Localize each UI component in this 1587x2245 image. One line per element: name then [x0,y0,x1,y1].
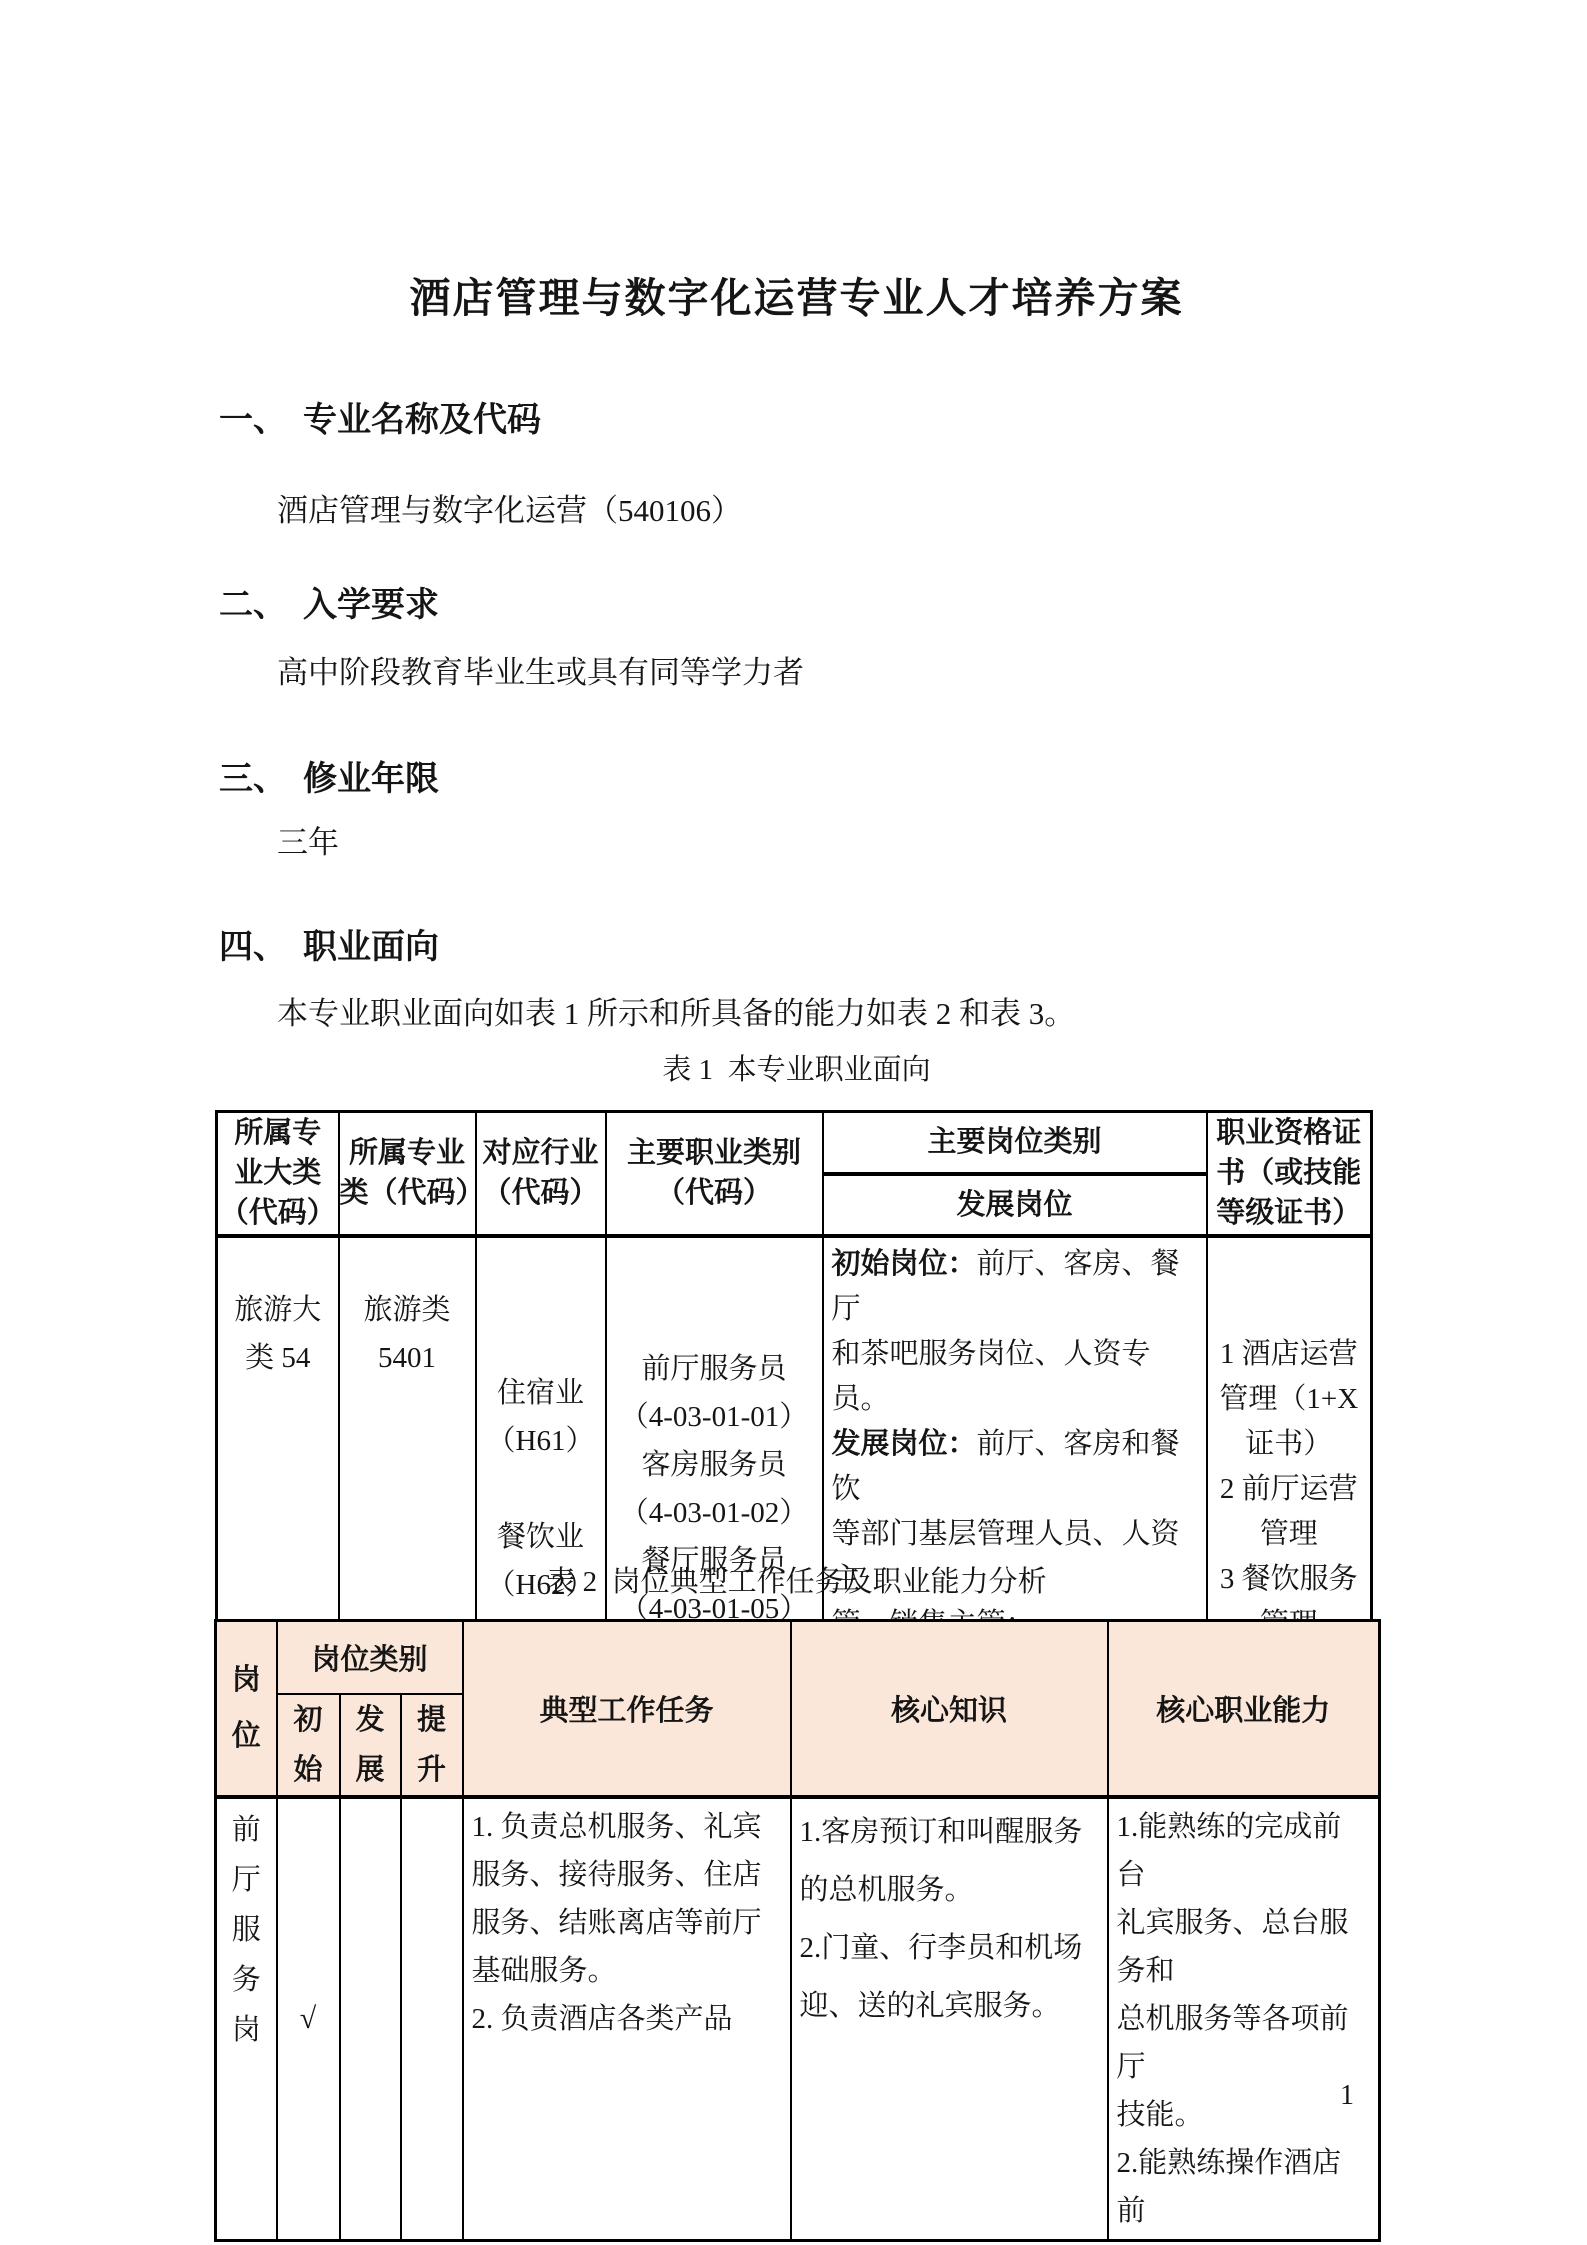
table2-cell-post: 前 厅 服 务 岗 [216,1797,277,2241]
table2-header-tasks: 典型工作任务 [463,1621,791,1797]
document-page: 酒店管理与数字化运营专业人才培养方案 一、专业名称及代码 酒店管理与数字化运营（… [0,0,1587,2245]
table2-cell-promote-mark [401,1797,463,2241]
page-number: 1 [1340,2080,1354,2112]
table1-header-certificate: 职业资格证 书（或技能 等级证书） [1207,1112,1372,1236]
section-body-1: 酒店管理与数字化运营（540106） [277,490,742,532]
section-heading-2: 二、入学要求 [219,583,439,627]
table2-cell-initial-mark: √ [277,1797,340,2241]
table1-header-post-develop: 发展岗位 [823,1174,1207,1236]
table1-header-major-type: 所属专业 类（代码） [339,1112,476,1236]
table1-caption: 表 1 本专业职业面向 [215,1052,1378,1088]
table2-header-post: 岗 位 [216,1621,277,1797]
table2-header-develop: 发 展 [340,1694,401,1797]
section-heading-4: 四、职业面向 [219,925,439,969]
table1-header-post-class: 主要岗位类别 [823,1112,1207,1174]
table2-cell-tasks: 1. 负责总机服务、礼宾 服务、接待服务、住店 服务、结账离店等前厅 基础服务。… [463,1797,791,2241]
document-title: 酒店管理与数字化运营专业人才培养方案 [215,272,1378,324]
table2-caption: 表 2 岗位典型工作任务及职业能力分析 [215,1564,1378,1600]
section-number: 四、 [219,928,287,966]
table2-cell-develop-mark [340,1797,401,2241]
table1-header-occupation: 主要职业类别 （代码） [606,1112,823,1236]
table2-row: 前 厅 服 务 岗 √ 1. 负责总机服务、礼宾 服务、接待服务、住店 服务、结… [216,1797,1380,2241]
table2-header-promote: 提 升 [401,1694,463,1797]
section-heading-text: 专业名称及代码 [303,401,541,439]
table1-header-industry: 对应行业 （代码） [476,1112,606,1236]
section-number: 一、 [219,401,287,439]
table2-header-post-category: 岗位类别 [277,1621,463,1694]
table2-cell-ability: 1.能熟练的完成前台 礼宾服务、总台服务和 总机服务等各项前厅 技能。 2.能熟… [1108,1797,1380,2241]
section-heading-1: 一、专业名称及代码 [219,398,541,442]
table-post-task-analysis: 岗 位 岗位类别 典型工作任务 核心知识 核心职业能力 初 始 发 展 提 升 … [214,1619,1381,2242]
table2-header-ability: 核心职业能力 [1108,1621,1380,1797]
section-heading-text: 修业年限 [303,760,439,798]
section-body-4: 本专业职业面向如表 1 所示和所具备的能力如表 2 和表 3。 [277,993,1075,1035]
section-heading-text: 入学要求 [303,586,439,624]
section-heading-text: 职业面向 [303,928,439,966]
table2-header-initial: 初 始 [277,1694,340,1797]
table2-header-knowledge: 核心知识 [791,1621,1108,1797]
section-number: 二、 [219,586,287,624]
section-number: 三、 [219,760,287,798]
section-body-2: 高中阶段教育毕业生或具有同等学力者 [277,652,804,694]
section-body-3: 三年 [277,822,339,864]
section-heading-3: 三、修业年限 [219,757,439,801]
table1-header-major-class: 所属专 业大类 （代码） [217,1112,339,1236]
table2-cell-knowledge: 1.客房预订和叫醒服务 的总机服务。 2.门童、行李员和机场 迎、送的礼宾服务。 [791,1797,1108,2241]
